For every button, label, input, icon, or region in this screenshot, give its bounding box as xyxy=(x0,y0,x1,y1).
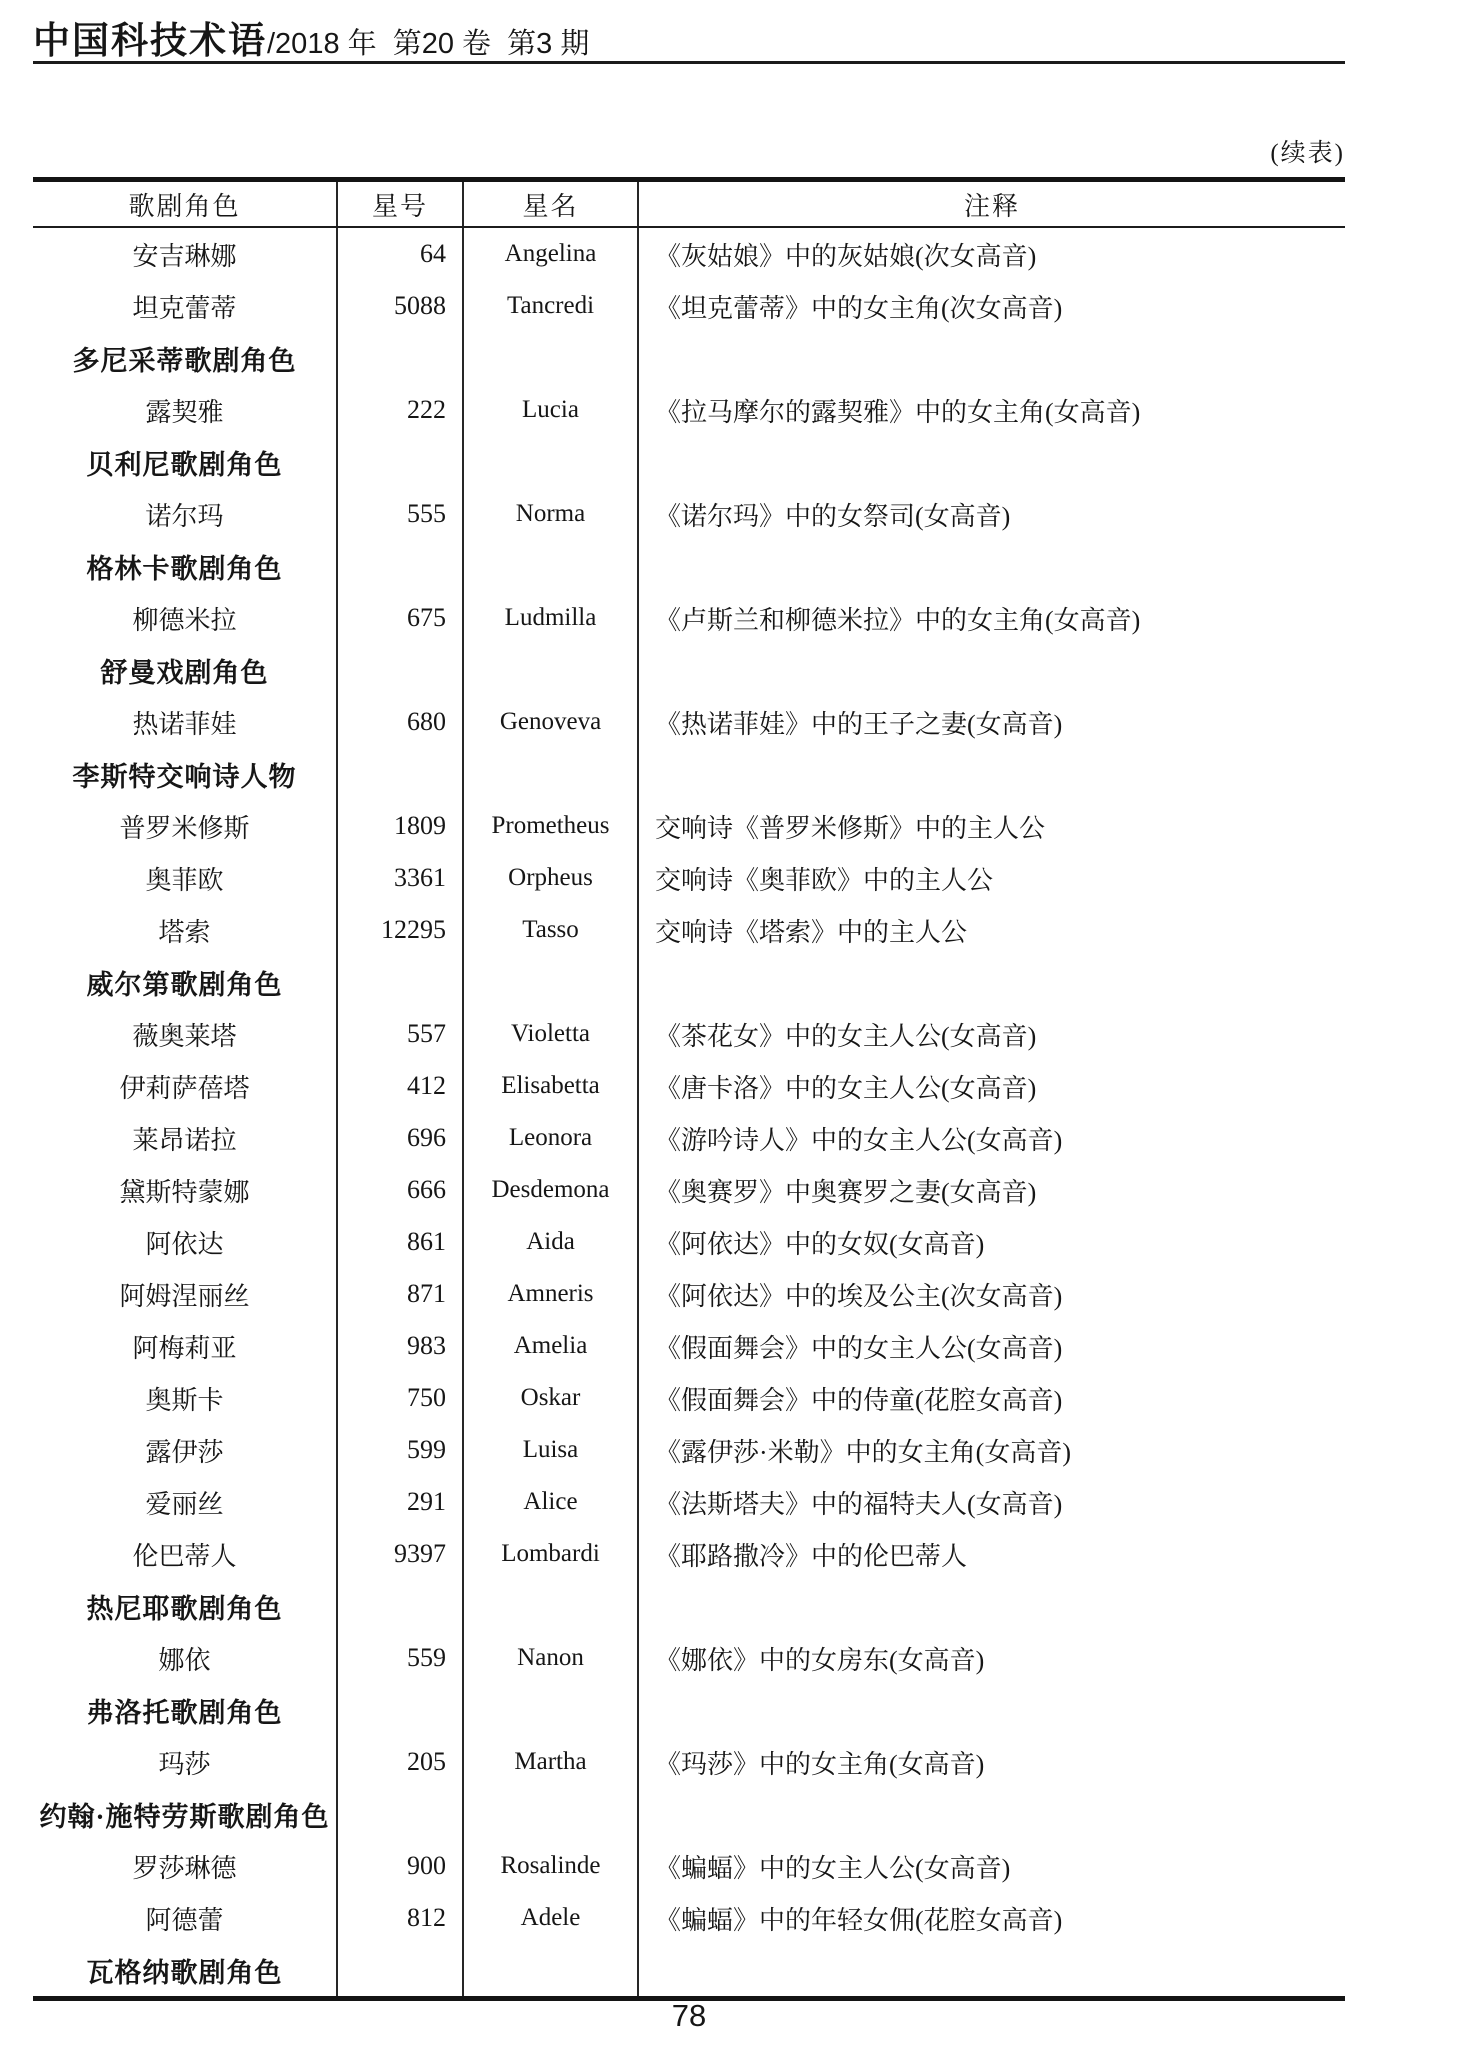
note-cell xyxy=(638,436,1345,488)
star-number-cell: 12295 xyxy=(337,904,463,956)
star-number-cell xyxy=(337,1944,463,1999)
star-number-cell: 666 xyxy=(337,1164,463,1216)
note-cell: 《灰姑娘》中的灰姑娘(次女高音) xyxy=(638,227,1345,280)
star-name-cell: Genoveva xyxy=(463,696,638,748)
note-cell: 《假面舞会》中的侍童(花腔女高音) xyxy=(638,1372,1345,1424)
section-row: 舒曼戏剧角色 xyxy=(33,644,1345,696)
col-header-opera-role: 歌剧角色 xyxy=(33,180,337,228)
star-number-cell: 599 xyxy=(337,1424,463,1476)
role-cell: 露伊莎 xyxy=(33,1424,337,1476)
star-number-cell xyxy=(337,540,463,592)
star-name-cell xyxy=(463,748,638,800)
table-row: 热诺菲娃680Genoveva《热诺菲娃》中的王子之妻(女高音) xyxy=(33,696,1345,748)
star-name-cell: Prometheus xyxy=(463,800,638,852)
note-cell xyxy=(638,1684,1345,1736)
table-header: 歌剧角色 星号 星名 注释 xyxy=(33,180,1345,228)
star-name-cell: Orpheus xyxy=(463,852,638,904)
table-row: 玛莎205Martha《玛莎》中的女主角(女高音) xyxy=(33,1736,1345,1788)
star-number-cell: 205 xyxy=(337,1736,463,1788)
table-row: 阿姆涅丽丝871Amneris《阿依达》中的埃及公主(次女高音) xyxy=(33,1268,1345,1320)
star-number-cell: 812 xyxy=(337,1892,463,1944)
role-cell: 坦克蕾蒂 xyxy=(33,280,337,332)
section-header-cell: 李斯特交响诗人物 xyxy=(33,748,337,800)
note-cell: 《阿依达》中的女奴(女高音) xyxy=(638,1216,1345,1268)
star-number-cell: 861 xyxy=(337,1216,463,1268)
star-name-cell xyxy=(463,1788,638,1840)
star-name-cell: Norma xyxy=(463,488,638,540)
star-name-cell: Alice xyxy=(463,1476,638,1528)
star-number-cell: 750 xyxy=(337,1372,463,1424)
star-number-cell: 555 xyxy=(337,488,463,540)
role-cell: 阿德蕾 xyxy=(33,1892,337,1944)
star-name-cell: Tasso xyxy=(463,904,638,956)
note-cell: 《耶路撒冷》中的伦巴蒂人 xyxy=(638,1528,1345,1580)
role-cell: 莱昂诺拉 xyxy=(33,1112,337,1164)
note-cell xyxy=(638,748,1345,800)
table-row: 伦巴蒂人9397Lombardi《耶路撒冷》中的伦巴蒂人 xyxy=(33,1528,1345,1580)
star-name-cell xyxy=(463,1580,638,1632)
star-name-cell: Lucia xyxy=(463,384,638,436)
star-name-cell: Amelia xyxy=(463,1320,638,1372)
role-cell: 阿依达 xyxy=(33,1216,337,1268)
star-number-cell: 291 xyxy=(337,1476,463,1528)
table-row: 奥斯卡750Oskar《假面舞会》中的侍童(花腔女高音) xyxy=(33,1372,1345,1424)
table-row: 普罗米修斯1809Prometheus交响诗《普罗米修斯》中的主人公 xyxy=(33,800,1345,852)
star-name-cell: Rosalinde xyxy=(463,1840,638,1892)
role-cell: 爱丽丝 xyxy=(33,1476,337,1528)
role-cell: 娜依 xyxy=(33,1632,337,1684)
col-header-star-number: 星号 xyxy=(337,180,463,228)
star-number-cell: 1809 xyxy=(337,800,463,852)
note-cell: 《热诺菲娃》中的王子之妻(女高音) xyxy=(638,696,1345,748)
star-name-cell xyxy=(463,540,638,592)
table-row: 露伊莎599Luisa《露伊莎·米勒》中的女主角(女高音) xyxy=(33,1424,1345,1476)
table-row: 塔索12295Tasso交响诗《塔索》中的主人公 xyxy=(33,904,1345,956)
col-header-note: 注释 xyxy=(638,180,1345,228)
role-cell: 塔索 xyxy=(33,904,337,956)
section-header-cell: 多尼采蒂歌剧角色 xyxy=(33,332,337,384)
section-row: 李斯特交响诗人物 xyxy=(33,748,1345,800)
role-cell: 诺尔玛 xyxy=(33,488,337,540)
table-row: 诺尔玛555Norma《诺尔玛》中的女祭司(女高音) xyxy=(33,488,1345,540)
role-cell: 露契雅 xyxy=(33,384,337,436)
table-row: 莱昂诺拉696Leonora《游吟诗人》中的女主人公(女高音) xyxy=(33,1112,1345,1164)
star-number-cell xyxy=(337,748,463,800)
star-name-cell xyxy=(463,1684,638,1736)
role-cell: 黛斯特蒙娜 xyxy=(33,1164,337,1216)
note-cell: 《露伊莎·米勒》中的女主角(女高音) xyxy=(638,1424,1345,1476)
role-cell: 伦巴蒂人 xyxy=(33,1528,337,1580)
role-cell: 玛莎 xyxy=(33,1736,337,1788)
role-cell: 伊莉萨蓓塔 xyxy=(33,1060,337,1112)
star-number-cell: 222 xyxy=(337,384,463,436)
section-header-cell: 弗洛托歌剧角色 xyxy=(33,1684,337,1736)
note-cell: 《娜依》中的女房东(女高音) xyxy=(638,1632,1345,1684)
section-row: 多尼采蒂歌剧角色 xyxy=(33,332,1345,384)
star-name-cell: Lombardi xyxy=(463,1528,638,1580)
note-cell xyxy=(638,1944,1345,1999)
star-name-cell: Leonora xyxy=(463,1112,638,1164)
star-name-cell xyxy=(463,436,638,488)
star-name-cell: Oskar xyxy=(463,1372,638,1424)
star-name-cell: Amneris xyxy=(463,1268,638,1320)
star-name-cell: Martha xyxy=(463,1736,638,1788)
note-cell xyxy=(638,540,1345,592)
table-row: 伊莉萨蓓塔412Elisabetta《唐卡洛》中的女主人公(女高音) xyxy=(33,1060,1345,1112)
section-row: 瓦格纳歌剧角色 xyxy=(33,1944,1345,1999)
table-body: 安吉琳娜64Angelina《灰姑娘》中的灰姑娘(次女高音)坦克蕾蒂5088Ta… xyxy=(33,227,1345,1999)
star-name-cell: Ludmilla xyxy=(463,592,638,644)
role-cell: 阿梅莉亚 xyxy=(33,1320,337,1372)
star-number-cell xyxy=(337,436,463,488)
section-row: 威尔第歌剧角色 xyxy=(33,956,1345,1008)
star-number-cell: 680 xyxy=(337,696,463,748)
opera-roles-asteroids-table: 歌剧角色 星号 星名 注释 安吉琳娜64Angelina《灰姑娘》中的灰姑娘(次… xyxy=(33,177,1345,2001)
star-name-cell: Luisa xyxy=(463,1424,638,1476)
section-row: 热尼耶歌剧角色 xyxy=(33,1580,1345,1632)
page-number: 78 xyxy=(33,1998,1345,2034)
section-header-cell: 瓦格纳歌剧角色 xyxy=(33,1944,337,1999)
note-cell: 《法斯塔夫》中的福特夫人(女高音) xyxy=(638,1476,1345,1528)
star-name-cell: Aida xyxy=(463,1216,638,1268)
note-cell: 《茶花女》中的女主人公(女高音) xyxy=(638,1008,1345,1060)
star-name-cell: Desdemona xyxy=(463,1164,638,1216)
star-number-cell xyxy=(337,332,463,384)
note-cell: 交响诗《塔索》中的主人公 xyxy=(638,904,1345,956)
role-cell: 热诺菲娃 xyxy=(33,696,337,748)
star-number-cell: 64 xyxy=(337,227,463,280)
journal-title: 中国科技术语 xyxy=(33,21,267,62)
table-row: 阿梅莉亚983Amelia《假面舞会》中的女主人公(女高音) xyxy=(33,1320,1345,1372)
role-cell: 奥斯卡 xyxy=(33,1372,337,1424)
section-header-cell: 格林卡歌剧角色 xyxy=(33,540,337,592)
journal-masthead: 中国科技术语/2018 年 第20 卷 第3 期 xyxy=(33,10,589,64)
star-name-cell: Tancredi xyxy=(463,280,638,332)
role-cell: 罗莎琳德 xyxy=(33,1840,337,1892)
section-row: 格林卡歌剧角色 xyxy=(33,540,1345,592)
star-number-cell xyxy=(337,956,463,1008)
section-row: 约翰·施特劳斯歌剧角色 xyxy=(33,1788,1345,1840)
table-row: 罗莎琳德900Rosalinde《蝙蝠》中的女主人公(女高音) xyxy=(33,1840,1345,1892)
star-number-cell xyxy=(337,1684,463,1736)
col-header-star-name: 星名 xyxy=(463,180,638,228)
star-number-cell: 559 xyxy=(337,1632,463,1684)
star-name-cell: Adele xyxy=(463,1892,638,1944)
star-name-cell: Violetta xyxy=(463,1008,638,1060)
section-header-cell: 舒曼戏剧角色 xyxy=(33,644,337,696)
role-cell: 薇奥莱塔 xyxy=(33,1008,337,1060)
table-row: 薇奥莱塔557Violetta《茶花女》中的女主人公(女高音) xyxy=(33,1008,1345,1060)
star-number-cell: 557 xyxy=(337,1008,463,1060)
table-row: 阿德蕾812Adele《蝙蝠》中的年轻女佣(花腔女高音) xyxy=(33,1892,1345,1944)
star-name-cell xyxy=(463,956,638,1008)
table-row: 露契雅222Lucia《拉马摩尔的露契雅》中的女主角(女高音) xyxy=(33,384,1345,436)
table-row: 坦克蕾蒂5088Tancredi《坦克蕾蒂》中的女主角(次女高音) xyxy=(33,280,1345,332)
note-cell xyxy=(638,1580,1345,1632)
star-name-cell xyxy=(463,332,638,384)
table-row: 黛斯特蒙娜666Desdemona《奥赛罗》中奥赛罗之妻(女高音) xyxy=(33,1164,1345,1216)
note-cell: 交响诗《奥菲欧》中的主人公 xyxy=(638,852,1345,904)
note-cell xyxy=(638,644,1345,696)
note-cell xyxy=(638,1788,1345,1840)
note-cell: 《蝙蝠》中的年轻女佣(花腔女高音) xyxy=(638,1892,1345,1944)
star-number-cell: 983 xyxy=(337,1320,463,1372)
role-cell: 阿姆涅丽丝 xyxy=(33,1268,337,1320)
journal-page: 中国科技术语/2018 年 第20 卷 第3 期 (续表) 歌剧角色 星号 星名… xyxy=(0,0,1457,2069)
table-row: 安吉琳娜64Angelina《灰姑娘》中的灰姑娘(次女高音) xyxy=(33,227,1345,280)
star-number-cell: 696 xyxy=(337,1112,463,1164)
section-header-cell: 贝利尼歌剧角色 xyxy=(33,436,337,488)
note-cell: 《拉马摩尔的露契雅》中的女主角(女高音) xyxy=(638,384,1345,436)
note-cell: 《奥赛罗》中奥赛罗之妻(女高音) xyxy=(638,1164,1345,1216)
masthead-rule xyxy=(33,61,1345,64)
note-cell: 《唐卡洛》中的女主人公(女高音) xyxy=(638,1060,1345,1112)
role-cell: 安吉琳娜 xyxy=(33,227,337,280)
star-name-cell: Elisabetta xyxy=(463,1060,638,1112)
role-cell: 柳德米拉 xyxy=(33,592,337,644)
star-number-cell: 3361 xyxy=(337,852,463,904)
table-row: 娜依559Nanon《娜依》中的女房东(女高音) xyxy=(33,1632,1345,1684)
star-number-cell: 412 xyxy=(337,1060,463,1112)
note-cell: 《坦克蕾蒂》中的女主角(次女高音) xyxy=(638,280,1345,332)
note-cell: 《卢斯兰和柳德米拉》中的女主角(女高音) xyxy=(638,592,1345,644)
section-row: 弗洛托歌剧角色 xyxy=(33,1684,1345,1736)
note-cell xyxy=(638,956,1345,1008)
star-number-cell xyxy=(337,1580,463,1632)
star-number-cell: 5088 xyxy=(337,280,463,332)
role-cell: 奥菲欧 xyxy=(33,852,337,904)
note-cell: 《诺尔玛》中的女祭司(女高音) xyxy=(638,488,1345,540)
star-number-cell xyxy=(337,1788,463,1840)
star-number-cell: 871 xyxy=(337,1268,463,1320)
continued-table-label: (续表) xyxy=(33,133,1345,169)
section-header-cell: 约翰·施特劳斯歌剧角色 xyxy=(33,1788,337,1840)
star-name-cell: Nanon xyxy=(463,1632,638,1684)
star-name-cell: Angelina xyxy=(463,227,638,280)
table-row: 柳德米拉675Ludmilla《卢斯兰和柳德米拉》中的女主角(女高音) xyxy=(33,592,1345,644)
section-row: 贝利尼歌剧角色 xyxy=(33,436,1345,488)
note-cell: 交响诗《普罗米修斯》中的主人公 xyxy=(638,800,1345,852)
star-number-cell: 675 xyxy=(337,592,463,644)
header-row: 歌剧角色 星号 星名 注释 xyxy=(33,180,1345,228)
journal-issue-info: /2018 年 第20 卷 第3 期 xyxy=(267,28,589,60)
note-cell: 《游吟诗人》中的女主人公(女高音) xyxy=(638,1112,1345,1164)
note-cell: 《玛莎》中的女主角(女高音) xyxy=(638,1736,1345,1788)
star-number-cell: 900 xyxy=(337,1840,463,1892)
note-cell: 《阿依达》中的埃及公主(次女高音) xyxy=(638,1268,1345,1320)
star-name-cell xyxy=(463,1944,638,1999)
table-row: 奥菲欧3361Orpheus交响诗《奥菲欧》中的主人公 xyxy=(33,852,1345,904)
table-row: 爱丽丝291Alice《法斯塔夫》中的福特夫人(女高音) xyxy=(33,1476,1345,1528)
table-row: 阿依达861Aida《阿依达》中的女奴(女高音) xyxy=(33,1216,1345,1268)
star-name-cell xyxy=(463,644,638,696)
note-cell xyxy=(638,332,1345,384)
star-number-cell: 9397 xyxy=(337,1528,463,1580)
section-header-cell: 热尼耶歌剧角色 xyxy=(33,1580,337,1632)
section-header-cell: 威尔第歌剧角色 xyxy=(33,956,337,1008)
role-cell: 普罗米修斯 xyxy=(33,800,337,852)
note-cell: 《假面舞会》中的女主人公(女高音) xyxy=(638,1320,1345,1372)
note-cell: 《蝙蝠》中的女主人公(女高音) xyxy=(638,1840,1345,1892)
star-number-cell xyxy=(337,644,463,696)
